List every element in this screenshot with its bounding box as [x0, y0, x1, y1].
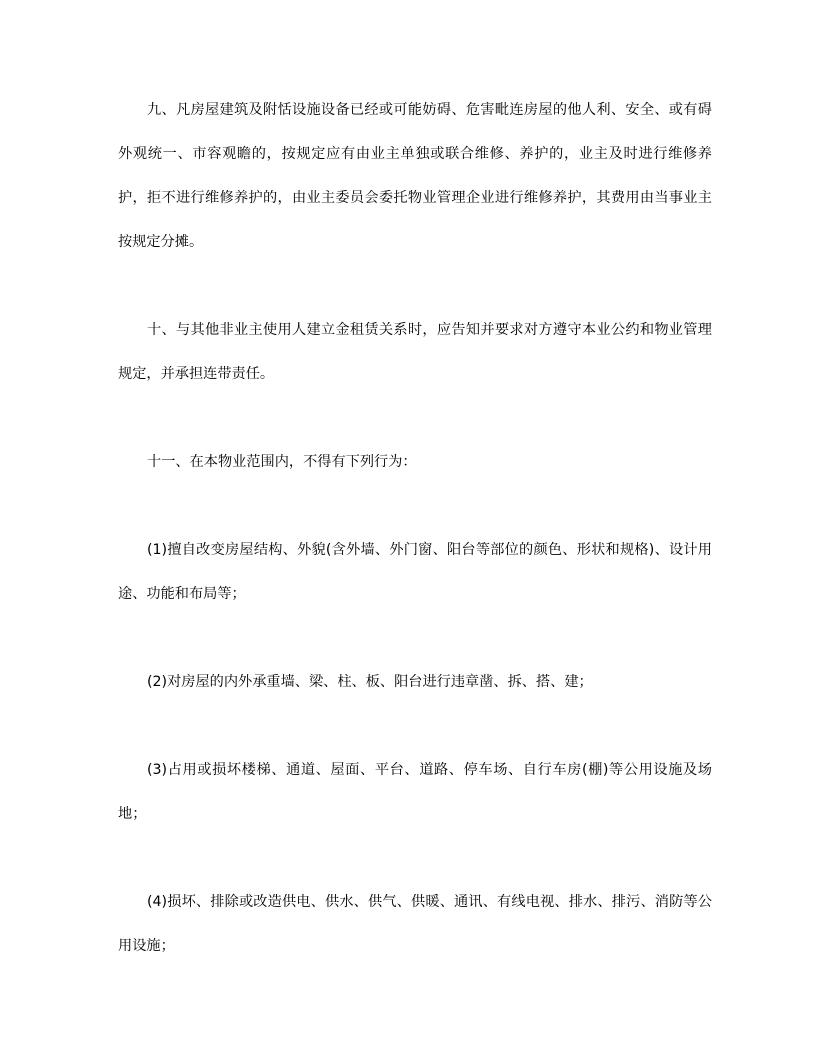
paragraph-spacer [118, 704, 712, 748]
list-item-4: (4)损坏、排除或改造供电、供水、供气、供暖、通讯、有线电视、排水、排污、消防等… [118, 880, 712, 968]
list-item-3: (3)占用或损坏楼梯、通道、屋面、平台、道路、停车场、自行车房(棚)等公用设施及… [118, 748, 712, 836]
paragraph-spacer [118, 616, 712, 660]
paragraph-spacer [118, 484, 712, 528]
document-page: 九、凡房屋建筑及附恬设施设备已经或可能妨碍、危害毗连房屋的他人利、安全、或有碍外… [118, 88, 712, 968]
list-item-1: (1)擅自改变房屋结构、外貌(含外墙、外门窗、阳台等部位的颜色、形状和规格)、设… [118, 528, 712, 616]
paragraph-spacer [118, 396, 712, 440]
list-item-2: (2)对房屋的内外承重墙、梁、柱、板、阳台进行违章凿、拆、搭、建； [118, 660, 712, 704]
paragraph-nine: 九、凡房屋建筑及附恬设施设备已经或可能妨碍、危害毗连房屋的他人利、安全、或有碍外… [118, 88, 712, 264]
paragraph-eleven: 十一、在本物业范围内，不得有下列行为： [118, 440, 712, 484]
paragraph-ten: 十、与其他非业主使用人建立金租赁关系时，应告知并要求对方遵守本业公约和物业管理规… [118, 308, 712, 396]
paragraph-spacer [118, 264, 712, 308]
paragraph-spacer [118, 836, 712, 880]
